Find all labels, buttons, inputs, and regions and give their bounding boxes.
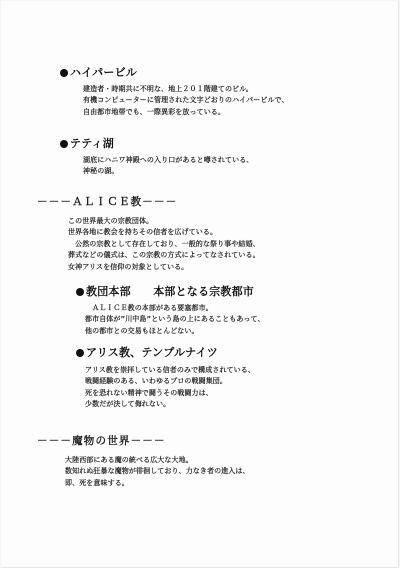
heading-teti-lake: テティ湖 — [60, 135, 114, 151]
bullet-icon — [76, 288, 84, 296]
text-line: 即、死を意味する。 — [65, 478, 250, 489]
paragraph-alice: この世界最大の宗教団体。 世界各地に教会を持ちその信者を広げている。 公然の宗教… — [68, 216, 260, 273]
paragraph-hyperbuilding: 建造者・時期共に不明な、地上２０１階建てのビル。 有機コンピューターに管理された… — [83, 84, 289, 118]
heading-text: 教団本部 本部となる宗教都市 — [86, 285, 254, 298]
text-line: アリス教を崇拝している信者のみで構成されている、 — [85, 365, 255, 376]
text-line: 建造者・時期共に不明な、地上２０１階建てのビル。 — [83, 84, 289, 95]
paragraph-monster-world: 大陸西部にある魔の統べる広大な大地。 数知れぬ狂暴な魔物が徘徊しており、力なき者… — [65, 455, 250, 489]
text-line: 数知れぬ狂暴な魔物が徘徊しており、力なき者の進入は、 — [65, 466, 250, 477]
bullet-icon — [76, 349, 84, 357]
paragraph-headquarters: ＡＬＩＣＥ教の本部がある要塞都市。 都市自体が”川中島”という島の上にあることも… — [85, 303, 265, 337]
text-line: 世界各地に教会を持ちその信者を広げている。 — [68, 227, 260, 238]
paragraph-temple-knights: アリス教を崇拝している信者のみで構成されている、 戦闘経験のある、いわゆるプロの… — [85, 365, 255, 411]
text-line: 女神アリスを信仰の対象としている。 — [68, 262, 260, 273]
bullet-icon — [60, 140, 68, 148]
heading-text: テティ湖 — [70, 137, 114, 150]
text-line: 戦闘経験のある、いわゆるプロの戦闘集団。 — [85, 376, 255, 387]
text-line: この世界最大の宗教団体。 — [68, 216, 260, 227]
text-line: 少数だが決して侮れない。 — [85, 399, 255, 410]
document-page: ハイパービル 建造者・時期共に不明な、地上２０１階建てのビル。 有機コンピュータ… — [1, 1, 399, 568]
heading-text: ハイパービル — [70, 66, 137, 79]
text-line: 都市自体が”川中島”という島の上にあることもあって、 — [85, 314, 265, 325]
heading-temple-knights: アリス教、テンプルナイツ — [76, 344, 218, 360]
heading-text: アリス教、テンプルナイツ — [86, 346, 218, 359]
text-line: 自由都市地帯でも、一際異彩を放っている。 — [83, 107, 289, 118]
heading-hyperbuilding: ハイパービル — [60, 64, 137, 80]
section-title-monster-world: －－－魔物の世界－－－ — [37, 433, 166, 448]
text-line: 公然の宗教として存在しており、一般的な祭り事や結婚、 — [68, 239, 260, 250]
text-line: 他の都市との交易もほとんどない。 — [85, 326, 265, 337]
text-line: 神秘の湖。 — [83, 166, 253, 177]
section-title-alice: －－－ＡＬＩＣＥ教－－－ — [37, 194, 177, 209]
paragraph-teti-lake: 湖底にハニワ神殿への入り口があると噂されている、 神秘の湖。 — [83, 155, 253, 178]
text-line: 有機コンピューターに管理された文字どおりのハイパービルで、 — [83, 95, 289, 106]
text-line: 葬式などの儀式は、この宗教の方式によってなされている。 — [68, 250, 260, 261]
bullet-icon — [60, 69, 68, 77]
text-line: 死を恐れない精神で闘うその戦闘力は、 — [85, 388, 255, 399]
text-line: 湖底にハニワ神殿への入り口があると噂されている、 — [83, 155, 253, 166]
text-line: ＡＬＩＣＥ教の本部がある要塞都市。 — [85, 303, 265, 314]
text-line: 大陸西部にある魔の統べる広大な大地。 — [65, 455, 250, 466]
heading-headquarters: 教団本部 本部となる宗教都市 — [76, 283, 254, 299]
